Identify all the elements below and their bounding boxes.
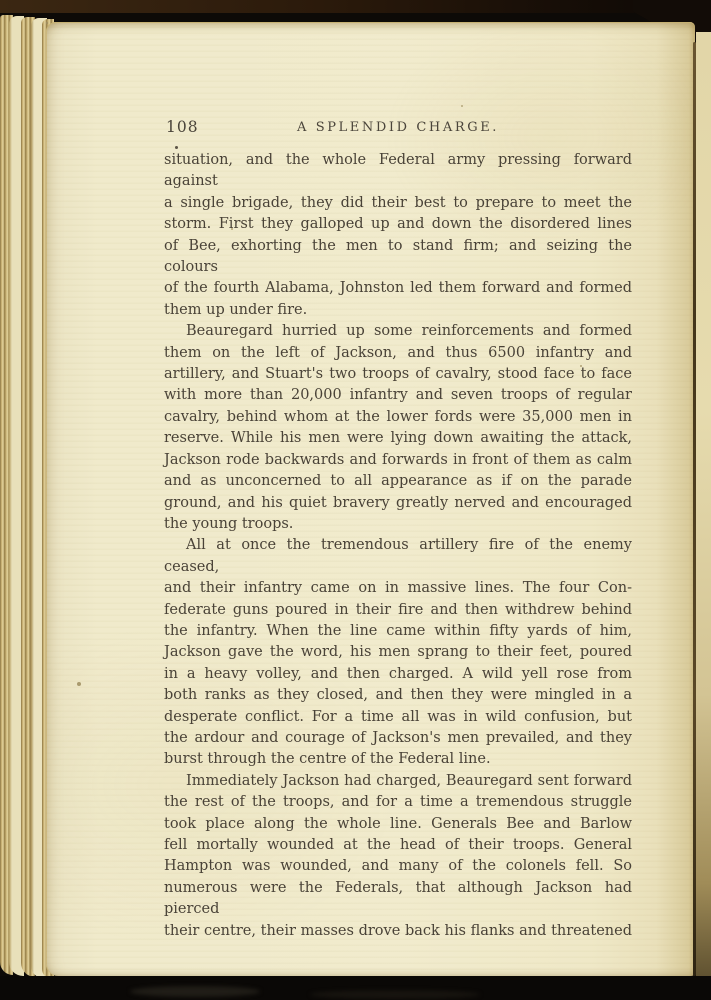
text-line: Jackson rode backwards and forwards in f… bbox=[164, 450, 632, 471]
page-header: 108 A SPLENDID CHARGE. bbox=[164, 118, 632, 142]
surface-shadow bbox=[130, 986, 260, 997]
text-line: storm. First they galloped up and down t… bbox=[164, 214, 632, 235]
text-line: Jackson gave the word, his men sprang to… bbox=[164, 642, 632, 663]
text-line: in a heavy volley, and then charged. A w… bbox=[164, 664, 632, 685]
table-surface bbox=[0, 976, 711, 1000]
text-line: and their infantry came on in massive li… bbox=[164, 578, 632, 599]
text-line: desperate conflict. For a time all was i… bbox=[164, 707, 632, 728]
cover-top-edge bbox=[0, 0, 711, 13]
text-line: fell mortally wounded at the head of the… bbox=[164, 835, 632, 856]
text-line: them up under fire. bbox=[164, 300, 632, 321]
book-photo: 108 A SPLENDID CHARGE. situation, and th… bbox=[0, 0, 711, 1000]
text-line: artillery, and Stuart's two troops of ca… bbox=[164, 364, 632, 385]
foxing-specks bbox=[46, 22, 48, 24]
text-line: both ranks as they closed, and then they… bbox=[164, 685, 632, 706]
running-head: A SPLENDID CHARGE. bbox=[164, 118, 632, 135]
body-text: situation, and the whole Federal army pr… bbox=[164, 150, 632, 942]
text-line: situation, and the whole Federal army pr… bbox=[164, 150, 632, 193]
text-line: Beauregard hurried up some reinforcement… bbox=[164, 321, 632, 342]
ink-speck bbox=[175, 146, 178, 149]
text-line: reserve. While his men were lying down a… bbox=[164, 428, 632, 449]
text-line: burst through the centre of the Federal … bbox=[164, 749, 632, 770]
text-line: numerous were the Federals, that althoug… bbox=[164, 878, 632, 921]
text-line: them on the left of Jackson, and thus 65… bbox=[164, 343, 632, 364]
page-number: 108 bbox=[166, 118, 199, 136]
text-line: cavalry, behind whom at the lower fords … bbox=[164, 407, 632, 428]
text-line: All at once the tremendous artillery fir… bbox=[164, 535, 632, 578]
text-line: the infantry. When the line came within … bbox=[164, 621, 632, 642]
adjacent-page-edge bbox=[696, 32, 711, 978]
text-line: ground, and his quiet bravery greatly ne… bbox=[164, 493, 632, 514]
text-line: of Bee, exhorting the men to stand firm;… bbox=[164, 236, 632, 279]
text-line: took place along the whole line. General… bbox=[164, 814, 632, 835]
text-line: and as unconcerned to all appearance as … bbox=[164, 471, 632, 492]
text-line: a single brigade, they did their best to… bbox=[164, 193, 632, 214]
text-line: the ardour and courage of Jackson's men … bbox=[164, 728, 632, 749]
text-line: federate guns poured in their fire and t… bbox=[164, 600, 632, 621]
text-line: their centre, their masses drove back hi… bbox=[164, 921, 632, 942]
surface-shadow bbox=[310, 990, 480, 999]
text-line: the young troops. bbox=[164, 514, 632, 535]
text-line: with more than 20,000 infantry and seven… bbox=[164, 385, 632, 406]
text-line: Hampton was wounded, and many of the col… bbox=[164, 856, 632, 877]
text-line: of the fourth Alabama, Johnston led them… bbox=[164, 278, 632, 299]
text-line: Immediately Jackson had charged, Beaureg… bbox=[164, 771, 632, 792]
book-page: 108 A SPLENDID CHARGE. situation, and th… bbox=[46, 22, 695, 976]
text-line: the rest of the troops, and for a time a… bbox=[164, 792, 632, 813]
